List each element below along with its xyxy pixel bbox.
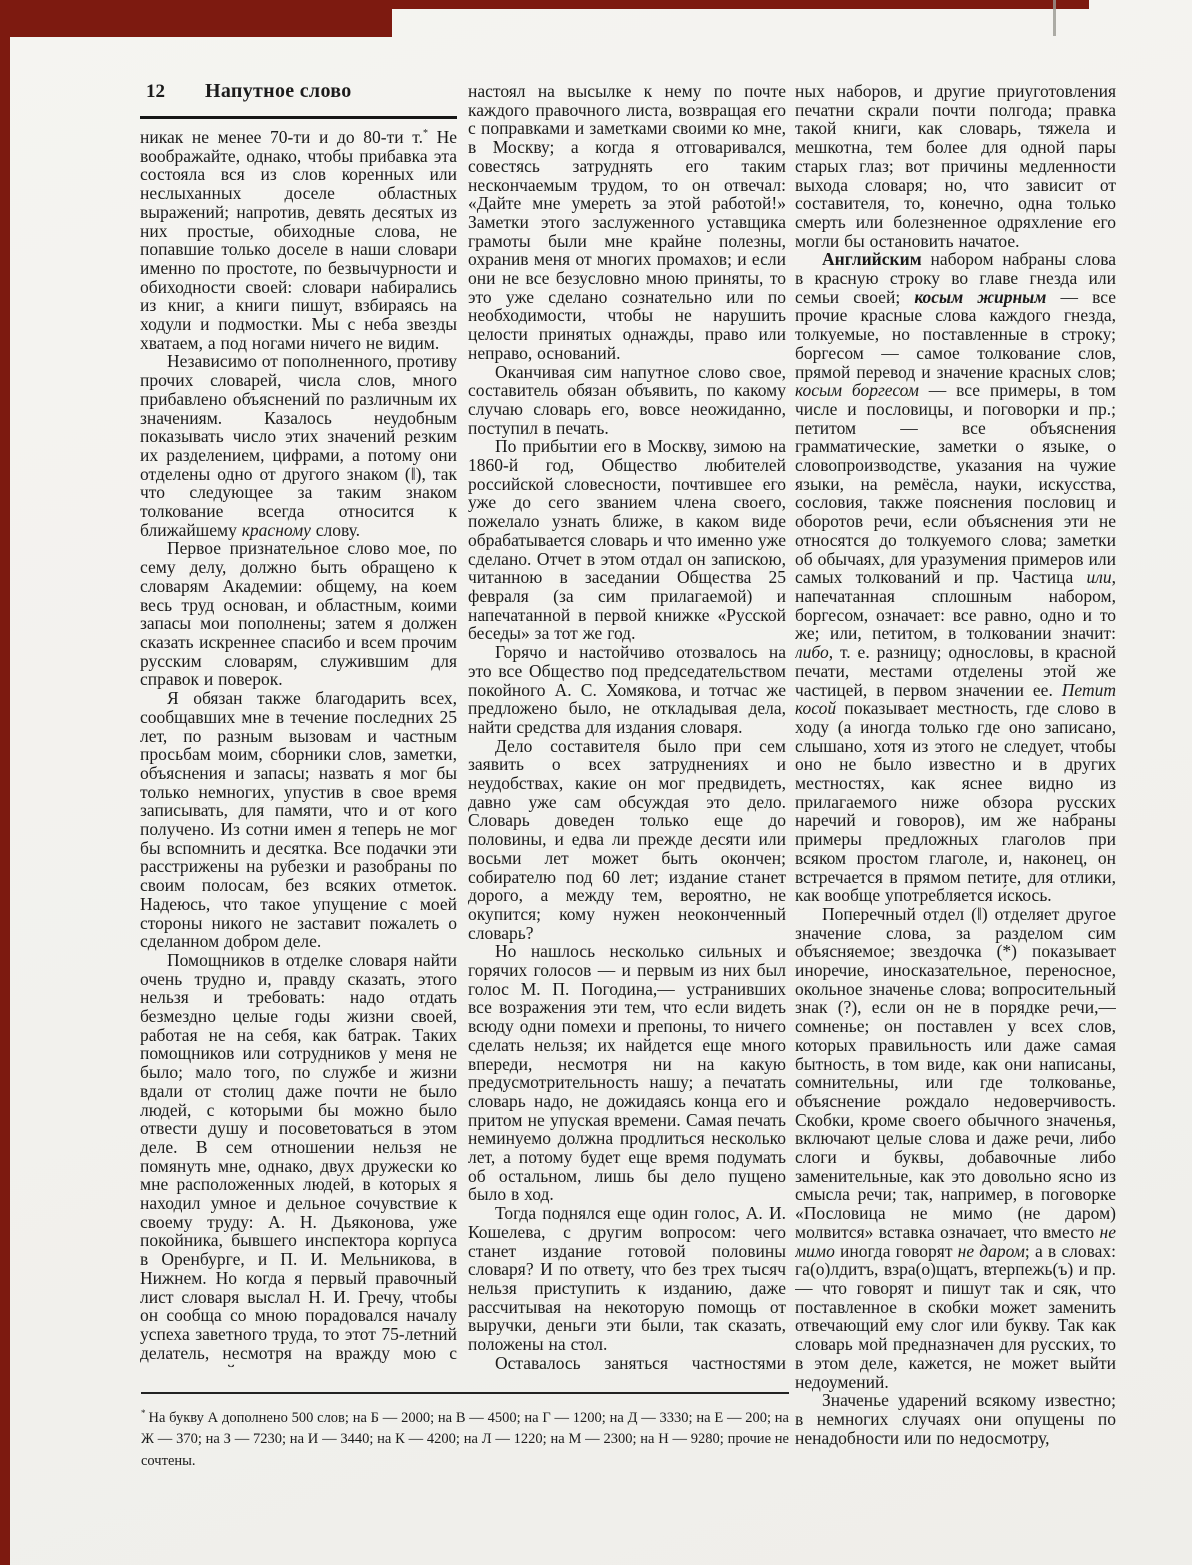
text-segment: Первое признательное слово мое, по сему … [140,538,457,689]
text-segment: или [1086,567,1111,587]
text-segment: красному [242,520,311,540]
text-segment: Не воображайте, однако, чтобы прибавка э… [140,128,457,353]
footnote: *На букву А дополнено 500 слов; на Б — 2… [141,1392,789,1472]
text-segment: Значенье ударений всякому известно; в не… [795,1390,1116,1447]
paragraph: настоял на высылке к нему по почте каждо… [468,82,786,363]
text-segment: Я обязан также благодарить всех, сообщав… [140,688,457,951]
paragraph: Поперечный отдел (‖) отделяет другое зна… [795,905,1116,1391]
text-segment: косым жирным [914,287,1046,307]
text-segment: Оканчивая сим напутное слово свое, соста… [468,362,786,438]
text-segment: ных наборов, и другие приуготовления печ… [795,82,1116,251]
paragraph: Первое признательное слово мое, по сему … [140,539,457,689]
column-left: 12 Напутное слово никак не менее 70-ти и… [140,80,457,1368]
text-segment: косым боргесом [795,380,919,400]
scan-smudge [1053,0,1056,36]
paragraph: Помощников в отделке словаря найти очень… [140,951,457,1368]
paragraph: Оканчивая сим напутное слово свое, соста… [468,363,786,438]
text-segment: Поперечный отдел (‖) отделяет другое зна… [795,904,1116,1242]
column-middle-text: настоял на высылке к нему по почте каждо… [468,82,786,1374]
running-head: Напутное слово [205,80,352,103]
paragraph: Оставалось заняться частностями дела и п… [468,1354,786,1374]
text-segment: показывает местность, где слово в ходу (… [795,698,1116,905]
text-segment: не даром [958,1241,1025,1261]
text-segment: слову. [311,520,360,540]
text-segment: никак не менее 70-ти и до 80-ти т. [140,128,423,147]
text-segment: Дело составителя было при сем заявить о … [468,736,786,943]
text-segment: Английским [822,249,922,269]
text-segment: настоял на высылке к нему по почте каждо… [468,82,786,363]
text-segment: ; а в словах: га(о)лдитъ, взра(о)щатъ, в… [795,1241,1116,1392]
text-segment: По прибытии его в Москву, зимою на 1860-… [468,436,786,643]
book-page-scan: 12 Напутное слово никак не менее 70-ти и… [0,0,1192,1565]
column-middle: настоял на высылке к нему по почте каждо… [468,82,786,1374]
scan-edge-top-line [0,0,1089,9]
paragraph: Тогда поднялся еще один голос, А. И. Кош… [468,1204,786,1354]
paragraph: ных наборов, и другие приуготовления печ… [795,82,1116,250]
paragraph: По прибытии его в Москву, зимою на 1860-… [468,437,786,643]
text-segment: Помощников в отделке словаря найти очень… [140,950,457,1368]
page-number: 12 [146,81,165,103]
text-segment: Тогда поднялся еще один голос, А. И. Кош… [468,1203,786,1354]
footnote-marker-icon: * [141,1408,149,1418]
text-segment: Независимо от пополненного, противу проч… [140,351,457,539]
page-header: 12 Напутное слово [140,80,457,119]
text-segment: Но нашлось несколько сильных и горячих г… [468,941,786,1204]
column-right: ных наборов, и другие приуготовления печ… [795,82,1116,1474]
footnote-text: *На букву А дополнено 500 слов; на Б — 2… [141,1403,789,1472]
text-segment: иногда говорят [835,1241,958,1261]
paragraph: Независимо от пополненного, противу проч… [140,352,457,539]
footnote-body: На букву А дополнено 500 слов; на Б — 20… [141,1410,789,1469]
column-right-text: ных наборов, и другие приуготовления печ… [795,82,1116,1474]
paragraph: Но нашлось несколько сильных и горячих г… [468,942,786,1204]
text-segment: либо [795,642,829,662]
paragraph: Значенье ударений всякому известно; в не… [795,1391,1116,1447]
text-segment: — все примеры, в том числе и пословицы, … [795,380,1116,587]
paragraph: Горячо и настойчиво отозвалось на это вс… [468,643,786,737]
text-segment: Оставалось заняться частностями дела и п… [468,1353,786,1374]
paragraph: никак не менее 70-ти и до 80-ти т.* Не в… [140,128,457,352]
scan-edge-left [0,0,10,1565]
paragraph: Я обязан также благодарить всех, сообщав… [140,689,457,951]
paragraph: Дело составителя было при сем заявить о … [468,737,786,943]
paragraph: Английским набором набраны слова в красн… [795,250,1116,905]
column-left-text: никак не менее 70-ти и до 80-ти т.* Не в… [140,128,457,1368]
text-segment: Горячо и настойчиво отозвалось на это вс… [468,642,786,737]
